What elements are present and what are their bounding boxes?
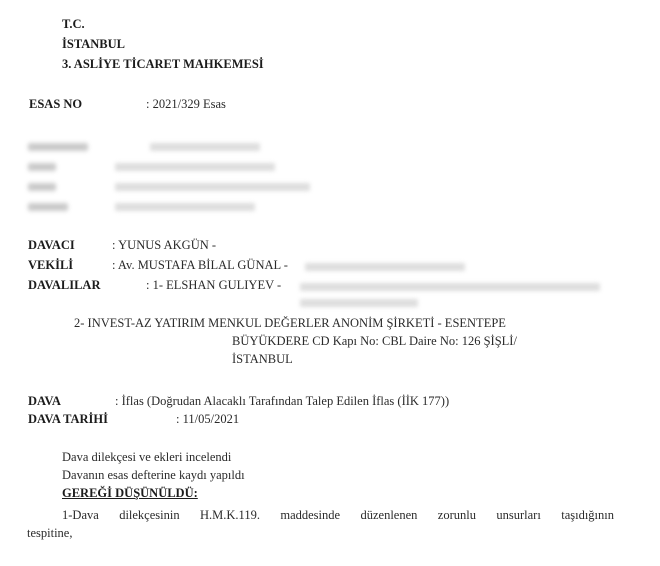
redacted-vekil-info	[305, 263, 465, 271]
vekili-label: VEKİLİ	[28, 258, 73, 273]
para1-line1: 1-Dava dilekçesinin H.M.K.119. maddesind…	[62, 508, 614, 523]
esas-no-value: : 2021/329 Esas	[146, 97, 226, 112]
redacted-label-baskan	[28, 143, 88, 151]
court-document-page: T.C. İSTANBUL 3. ASLİYE TİCARET MAHKEMES…	[0, 0, 660, 566]
davaci-value: : YUNUS AKGÜN -	[112, 238, 216, 253]
redacted-value-uye2	[115, 183, 310, 191]
davali1-value: : 1- ELSHAN GULIYEV -	[146, 278, 281, 293]
redacted-label-katip	[28, 203, 68, 211]
esas-no-label: ESAS NO	[29, 97, 82, 112]
header-city: İSTANBUL	[62, 37, 125, 52]
dava-tarihi-value: : 11/05/2021	[176, 412, 239, 427]
dava-label: DAVA	[28, 394, 61, 409]
redacted-value-uye1	[115, 163, 275, 171]
body-line2: Davanın esas defterine kaydı yapıldı	[62, 468, 245, 483]
decision-heading: GEREĞİ DÜŞÜNÜLDÜ:	[62, 486, 198, 501]
davalilar-label: DAVALILAR	[28, 278, 100, 293]
redacted-value-baskan	[150, 143, 260, 151]
dava-value: : İflas (Doğrudan Alacaklı Tarafından Ta…	[115, 394, 449, 409]
dava-tarihi-label: DAVA TARİHİ	[28, 412, 108, 427]
redacted-value-katip	[115, 203, 255, 211]
header-court: 3. ASLİYE TİCARET MAHKEMESİ	[62, 57, 264, 72]
vekili-value: : Av. MUSTAFA BİLAL GÜNAL -	[112, 258, 288, 273]
redacted-label-uye2	[28, 183, 56, 191]
davali2-line1: 2- INVEST-AZ YATIRIM MENKUL DEĞERLER ANO…	[74, 316, 506, 331]
redacted-davali1-address-1	[300, 283, 600, 291]
redacted-label-uye1	[28, 163, 56, 171]
header-tc: T.C.	[62, 17, 85, 32]
redacted-davali1-address-2	[300, 299, 418, 307]
davaci-label: DAVACI	[28, 238, 75, 253]
davali2-line2: BÜYÜKDERE CD Kapı No: CBL Daire No: 126 …	[232, 334, 517, 349]
body-line1: Dava dilekçesi ve ekleri incelendi	[62, 450, 231, 465]
davali2-line3: İSTANBUL	[232, 352, 293, 367]
para1-line2: tespitine,	[27, 526, 72, 541]
